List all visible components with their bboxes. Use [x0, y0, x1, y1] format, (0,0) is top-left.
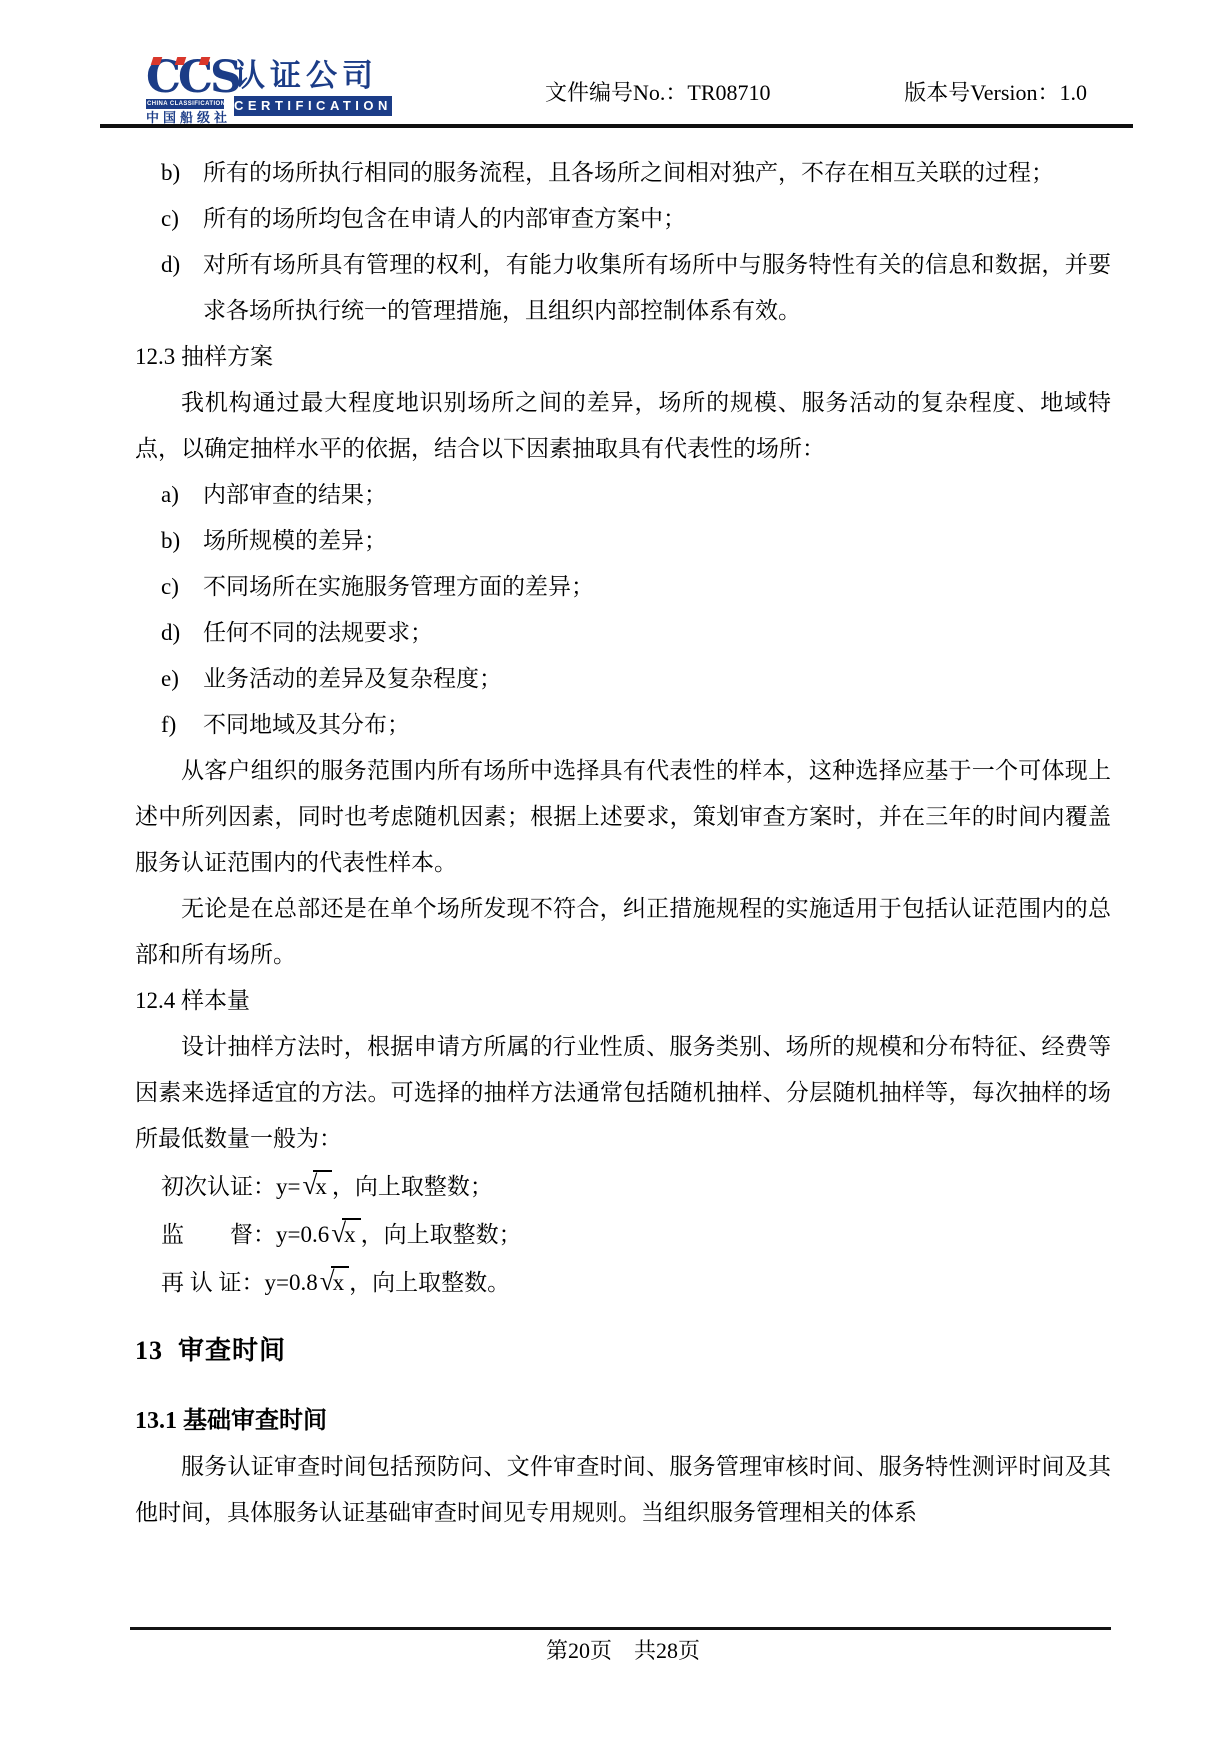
document-body: b) 所有的场所执行相同的服务流程，且各场所之间相对独产，不存在相互关联的过程；… — [135, 150, 1111, 1536]
list-item-label: f) — [161, 702, 203, 748]
society-name-cn: 中国船级社 — [146, 110, 224, 125]
paragraph: 设计抽样方法时，根据申请方所属的行业性质、服务类别、场所的规模和分布特征、经费等… — [135, 1024, 1111, 1162]
ccs-logo-letters: CCS — [146, 58, 224, 98]
formula-suffix: ，向上取整数。 — [349, 1260, 510, 1306]
ccs-logo-right: 认证公司 CERTIFICATION — [234, 58, 392, 116]
list-item-label: c) — [161, 564, 203, 610]
paragraph: 无论是在总部还是在单个场所发现不符合，纠正措施规程的实施适用于包括认证范围内的总… — [135, 886, 1111, 978]
list-item-label: a) — [161, 472, 203, 518]
formula-suffix: ，向上取整数； — [361, 1212, 522, 1258]
list-item: b) 场所规模的差异； — [135, 518, 1111, 564]
list-item-text: 不同场所在实施服务管理方面的差异； — [203, 564, 1111, 610]
list-item: c) 不同场所在实施服务管理方面的差异； — [135, 564, 1111, 610]
section-heading-13-1: 13.1 基础审查时间 — [135, 1398, 1111, 1444]
footer-divider — [130, 1627, 1111, 1630]
list-item: d) 对所有场所具有管理的权利，有能力收集所有场所中与服务特性有关的信息和数据，… — [135, 242, 1111, 334]
paragraph: 我机构通过最大程度地识别场所之间的差异，场所的规模、服务活动的复杂程度、地域特点… — [135, 380, 1111, 472]
formula-surveillance: 监 督：y=0.6√x，向上取整数； — [161, 1210, 1111, 1258]
document-meta: 文件编号No.：TR08710 版本号Version：1.0 — [545, 79, 1087, 107]
formula-recertification: 再 认 证：y=0.8√x，向上取整数。 — [161, 1258, 1111, 1306]
formula-label: 初次认证： — [161, 1164, 276, 1210]
formula-prefix: y= — [276, 1164, 300, 1210]
list-item-text: 对所有场所具有管理的权利，有能力收集所有场所中与服务特性有关的信息和数据，并要求… — [203, 242, 1111, 334]
list-item-text: 不同地域及其分布； — [203, 702, 1111, 748]
ccs-logo: CCS CHINA CLASSIFICATION SOCIETY 中国船级社 认… — [146, 58, 392, 125]
list-item-label: b) — [161, 518, 203, 564]
list-item-label: b) — [161, 150, 203, 196]
section-heading-13: 13 审查时间 — [135, 1328, 1111, 1374]
list-item: f) 不同地域及其分布； — [135, 702, 1111, 748]
list-item-text: 任何不同的法规要求； — [203, 610, 1111, 656]
formula-radicand: x — [331, 1266, 350, 1298]
header-divider — [100, 124, 1133, 128]
list-item-label: c) — [161, 196, 203, 242]
list-item: a) 内部审查的结果； — [135, 472, 1111, 518]
formula-suffix: ，向上取整数； — [332, 1164, 493, 1210]
list-item-text: 内部审查的结果； — [203, 472, 1111, 518]
document-version: 版本号Version：1.0 — [904, 79, 1087, 107]
formula-radicand: x — [313, 1170, 332, 1202]
formula-label: 再 认 证： — [161, 1260, 265, 1306]
company-name-en: CERTIFICATION — [234, 96, 392, 116]
section-heading-12-3: 12.3 抽样方案 — [135, 334, 1111, 380]
formula-label: 监 督： — [161, 1212, 276, 1258]
list-item-label: d) — [161, 610, 203, 656]
list-item-label: d) — [161, 242, 203, 334]
company-name-cn: 认证公司 — [234, 59, 392, 93]
list-item-text: 场所规模的差异； — [203, 518, 1111, 564]
formula-initial-certification: 初次认证：y=√x，向上取整数； — [161, 1162, 1111, 1210]
list-item-text: 所有的场所执行相同的服务流程，且各场所之间相对独产，不存在相互关联的过程； — [203, 150, 1111, 196]
list-item: e) 业务活动的差异及复杂程度； — [135, 656, 1111, 702]
list-item-text: 业务活动的差异及复杂程度； — [203, 656, 1111, 702]
formula-prefix: y=0.6 — [276, 1212, 329, 1258]
page-number: 第20页 共28页 — [135, 1636, 1111, 1666]
paragraph: 从客户组织的服务范围内所有场所中选择具有代表性的样本，这种选择应基于一个可体现上… — [135, 748, 1111, 886]
document-number: 文件编号No.：TR08710 — [545, 79, 771, 107]
list-item: b) 所有的场所执行相同的服务流程，且各场所之间相对独产，不存在相互关联的过程； — [135, 150, 1111, 196]
list-item-text: 所有的场所均包含在申请人的内部审查方案中； — [203, 196, 1111, 242]
formula-prefix: y=0.8 — [265, 1260, 318, 1306]
document-page: CCS CHINA CLASSIFICATION SOCIETY 中国船级社 认… — [0, 0, 1232, 1743]
formula-radicand: x — [342, 1218, 361, 1250]
paragraph: 服务认证审查时间包括预防问、文件审查时间、服务管理审核时间、服务特性测评时间及其… — [135, 1444, 1111, 1536]
list-item: d) 任何不同的法规要求； — [135, 610, 1111, 656]
list-item: c) 所有的场所均包含在申请人的内部审查方案中； — [135, 196, 1111, 242]
section-heading-12-4: 12.4 样本量 — [135, 978, 1111, 1024]
list-item-label: e) — [161, 656, 203, 702]
ccs-logo-left: CCS CHINA CLASSIFICATION SOCIETY 中国船级社 — [146, 58, 224, 125]
